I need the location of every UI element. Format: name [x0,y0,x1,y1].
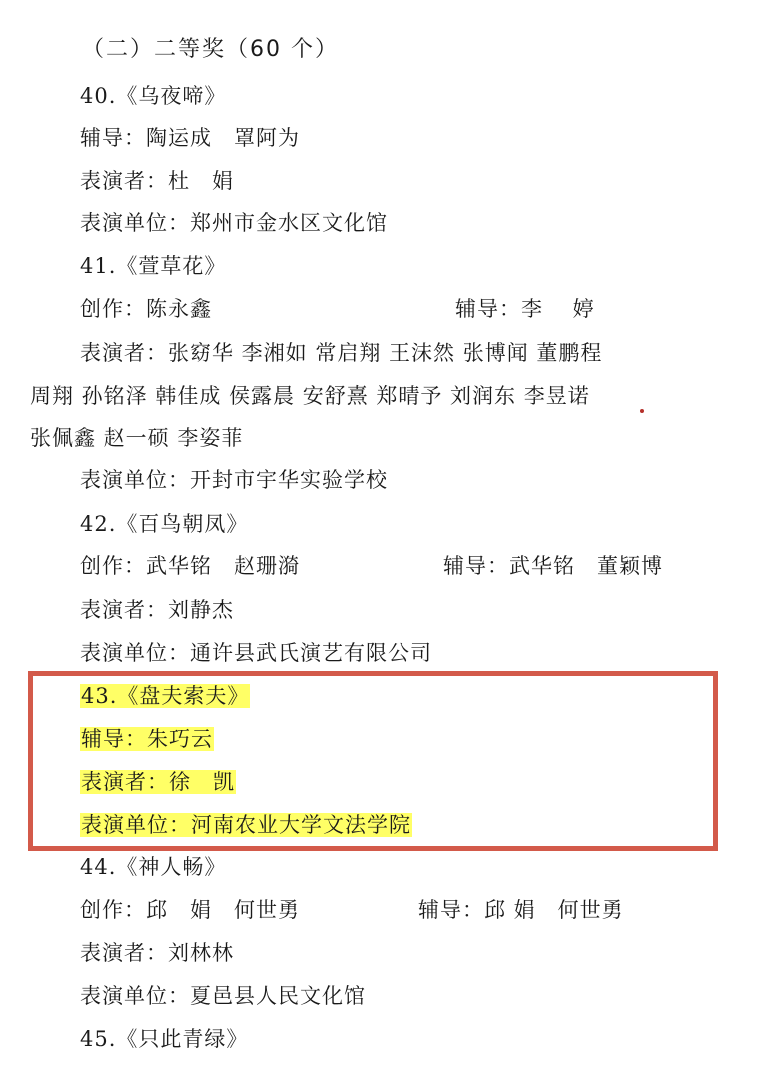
entry-40-unit: 表演单位：郑州市金水区文化馆 [80,207,388,239]
entry-42-mentor: 辅导：武华铭 董颖博 [443,550,663,582]
entry-42-unit: 表演单位：通许县武氏演艺有限公司 [80,637,432,669]
entry-40-mentor: 辅导：陶运成 罩阿为 [80,122,300,154]
entry-42-creation: 创作：武华铭 赵珊漪 [80,550,300,582]
red-mark [640,409,644,413]
entry-43-unit: 表演单位：河南农业大学文法学院 [80,809,412,841]
entry-43-performer-text: 表演者：徐 凯 [80,770,236,794]
entry-42-performer: 表演者：刘静杰 [80,594,234,626]
entry-41-title: 41.《萱草花》 [80,250,226,282]
entry-44-performer: 表演者：刘林林 [80,937,234,969]
entry-45-title: 45.《只此青绿》 [80,1023,248,1055]
entry-44-creation: 创作：邱 娟 何世勇 [80,894,300,926]
section-heading: （二）二等奖（60 个） [82,34,339,66]
entry-43-performer: 表演者：徐 凯 [80,766,236,798]
entry-43-unit-text: 表演单位：河南农业大学文法学院 [80,813,412,837]
entry-40-title: 40.《乌夜啼》 [80,80,226,112]
entry-42-title: 42.《百鸟朝凤》 [80,508,248,540]
entry-43-mentor: 辅导：朱巧云 [80,723,214,755]
entry-44-unit: 表演单位：夏邑县人民文化馆 [80,980,366,1012]
entry-44-mentor: 辅导：邱 娟 何世勇 [418,894,624,926]
entry-41-mentor: 辅导：李 婷 [455,293,595,325]
entry-43-title-text: 43.《盘夫索夫》 [80,684,250,708]
entry-40-performer: 表演者：杜 娟 [80,165,234,197]
entry-41-performers-line2: 周翔 孙铭泽 韩佳成 侯露晨 安舒熹 郑晴予 刘润东 李昱诺 [30,380,590,412]
entry-41-unit: 表演单位：开封市宇华实验学校 [80,464,388,496]
entry-41-performers-line1: 表演者：张窈华 李湘如 常启翔 王沫然 张博闻 董鹏程 [80,337,602,369]
entry-41-performers-line3: 张佩鑫 赵一硕 李姿菲 [30,422,243,454]
entry-43-mentor-text: 辅导：朱巧云 [80,727,214,751]
entry-41-creation: 创作：陈永鑫 [80,293,212,325]
entry-43-title: 43.《盘夫索夫》 [80,680,250,712]
entry-44-title: 44.《神人畅》 [80,851,226,883]
